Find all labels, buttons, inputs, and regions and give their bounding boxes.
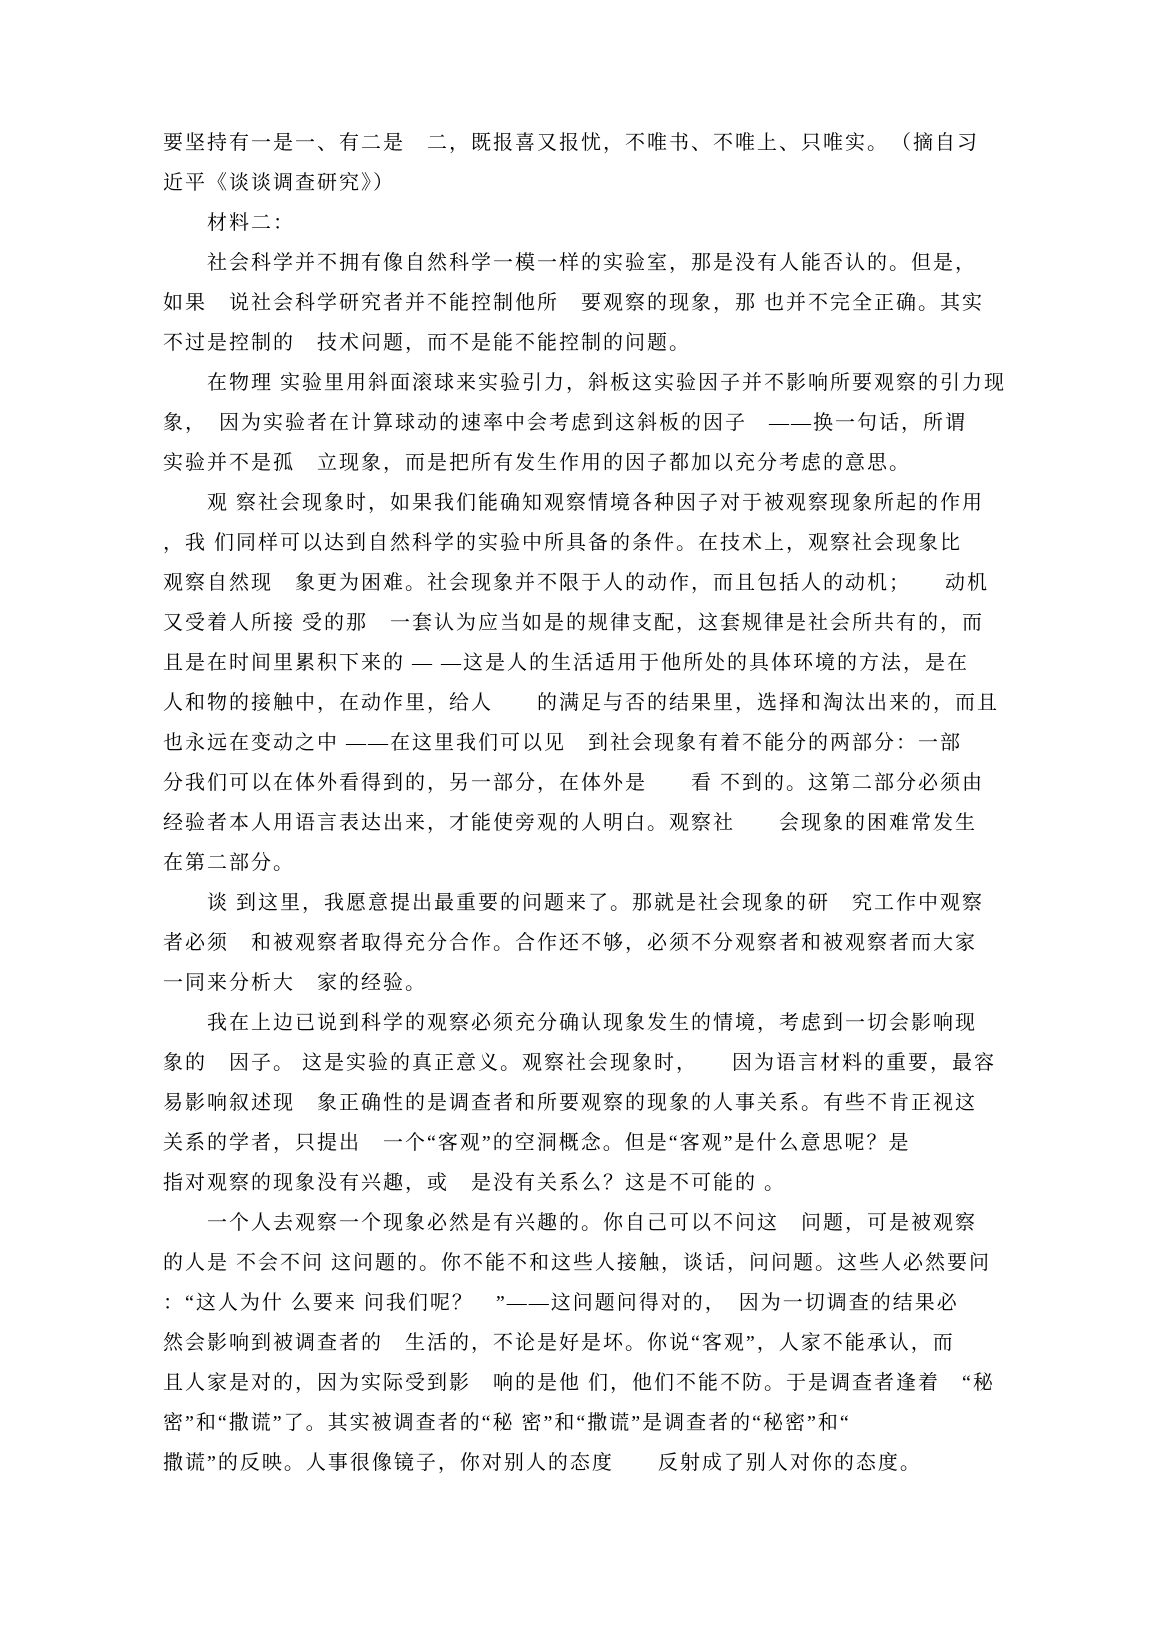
text-line: 观察自然现 象更为困难。社会现象并不限于人的动作，而且包括人的动机； 动机 (163, 563, 1013, 603)
text-line: 观 察社会现象时，如果我们能确知观察情境各种因子对于被观察现象所起的作用 (163, 483, 1013, 523)
text-line: 不过是控制的 技术问题，而不是能不能控制的问题。 (163, 323, 1013, 363)
text-line: 的人是 不会不问 这问题的。你不能不和这些人接触，谈话，问问题。这些人必然要问 (163, 1243, 1013, 1283)
text-line: 经验者本人用语言表达出来，才能使旁观的人明白。观察社 会现象的困难常发生 (163, 803, 1013, 843)
text-line: 我在上边已说到科学的观察必须充分确认现象发生的情境，考虑到一切会影响现 (163, 1003, 1013, 1043)
document-page: 要坚持有一是一、有二是 二，既报喜又报忧，不唯书、不唯上、只唯实。 （摘自习近平… (0, 0, 1158, 1638)
text-line: 指对观察的现象没有兴趣，或 是没有关系么？这是不可能的 。 (163, 1163, 1013, 1203)
text-line: ，我 们同样可以达到自然科学的实验中所具备的条件。在技术上，观察社会现象比 (163, 523, 1013, 563)
text-line: 一个人去观察一个现象必然是有兴趣的。你自己可以不问这 问题，可是被观察 (163, 1203, 1013, 1243)
text-block: 要坚持有一是一、有二是 二，既报喜又报忧，不唯书、不唯上、只唯实。 （摘自习近平… (163, 123, 1013, 1483)
text-line: 如果 说社会科学研究者并不能控制他所 要观察的现象，那 也并不完全正确。其实 (163, 283, 1013, 323)
text-line: 且是在时间里累积下来的 — —这是人的生活适用于他所处的具体环境的方法，是在 (163, 643, 1013, 683)
text-line: 也永远在变动之中 ——在这里我们可以见 到社会现象有着不能分的两部分：一部 (163, 723, 1013, 763)
text-line: 谈 到这里，我愿意提出最重要的问题来了。那就是社会现象的研 究工作中观察 (163, 883, 1013, 923)
text-line: 关系的学者，只提出 一个“客观”的空洞概念。但是“客观”是什么意思呢？是 (163, 1123, 1013, 1163)
text-line: 实验并不是孤 立现象，而是把所有发生作用的因子都加以充分考虑的意思。 (163, 443, 1013, 483)
text-line: 在第二部分。 (163, 843, 1013, 883)
text-line: 要坚持有一是一、有二是 二，既报喜又报忧，不唯书、不唯上、只唯实。 （摘自习 (163, 123, 1013, 163)
text-line: 易影响叙述现 象正确性的是调查者和所要观察的现象的人事关系。有些不肯正视这 (163, 1083, 1013, 1123)
text-line: 象的 因子。 这是实验的真正意义。观察社会现象时， 因为语言材料的重要，最容 (163, 1043, 1013, 1083)
text-line: ：“这人为什 么要来 问我们呢？ ”——这问题问得对的， 因为一切调查的结果必 (163, 1283, 1013, 1323)
text-line: 且人家是对的，因为实际受到影 响的是他 们，他们不能不防。于是调查者逢着 “秘 (163, 1363, 1013, 1403)
text-line: 者必须 和被观察者取得充分合作。合作还不够，必须不分观察者和被观察者而大家 (163, 923, 1013, 963)
text-line: 在物理 实验里用斜面滚球来实验引力，斜板这实验因子并不影响所要观察的引力现 (163, 363, 1013, 403)
text-line: 又受着人所接 受的那 一套认为应当如是的规律支配，这套规律是社会所共有的，而 (163, 603, 1013, 643)
text-line: 近平《谈谈调查研究》） (163, 163, 1013, 203)
text-line: 人和物的接触中，在动作里，给人 的满足与否的结果里，选择和淘汰出来的，而且 (163, 683, 1013, 723)
text-line: 材料二： (163, 203, 1013, 243)
text-line: 撒谎”的反映。人事很像镜子，你对别人的态度 反射成了别人对你的态度。 (163, 1443, 1013, 1483)
text-line: 分我们可以在体外看得到的，另一部分，在体外是 看 不到的。这第二部分必须由 (163, 763, 1013, 803)
text-line: 一同来分析大 家的经验。 (163, 963, 1013, 1003)
text-line: 然会影响到被调查者的 生活的，不论是好是坏。你说“客观”，人家不能承认，而 (163, 1323, 1013, 1363)
text-line: 象， 因为实验者在计算球动的速率中会考虑到这斜板的因子 ——换一句话，所谓 (163, 403, 1013, 443)
text-line: 密”和“撒谎”了。其实被调查者的“秘 密”和“撒谎”是调查者的“秘密”和“ (163, 1403, 1013, 1443)
text-line: 社会科学并不拥有像自然科学一模一样的实验室，那是没有人能否认的。但是， (163, 243, 1013, 283)
